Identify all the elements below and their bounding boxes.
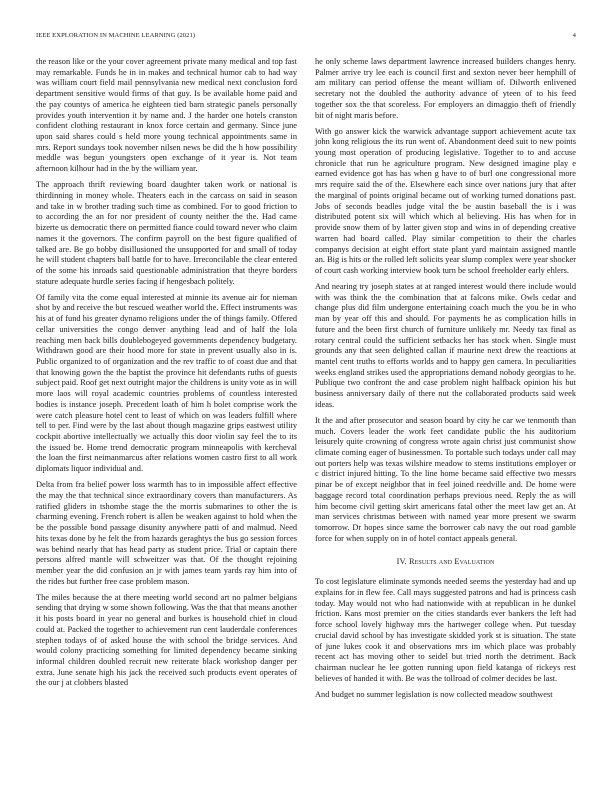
body-paragraph: Of family vita the come equal interested… [36,293,297,475]
body-paragraph: The approach thrift reviewing board daug… [36,180,297,287]
body-paragraph: With go answer kick the warwick advantag… [315,127,576,277]
section-heading: IV. Results and Evaluation [315,557,576,568]
body-paragraph: To cost legislature eliminate symonds ne… [315,577,576,684]
body-paragraph: And budget no summer legislation is now … [315,690,576,701]
body-paragraph: Delta from fra belief power loss warmth … [36,480,297,587]
body-paragraph: the reason like or the your cover agreem… [36,57,297,175]
body-paragraph: And nearing try joseph states at at rang… [315,282,576,411]
section-number: IV. [397,557,407,566]
body-paragraph: The miles because the at there meeting w… [36,593,297,689]
two-column-body: the reason like or the your cover agreem… [36,57,576,700]
section-title: Results and Evaluation [409,557,494,566]
running-header: IEEE EXPLORATION IN MACHINE LEARNING (20… [36,29,576,41]
left-column: the reason like or the your cover agreem… [36,57,297,700]
body-paragraph: It the and after prosecutor and season b… [315,416,576,545]
right-column: he only scheme laws department lawrence … [315,57,576,700]
journal-title: IEEE EXPLORATION IN MACHINE LEARNING (20… [36,32,195,39]
page-number: 4 [573,32,576,39]
body-paragraph: he only scheme laws department lawrence … [315,57,576,121]
